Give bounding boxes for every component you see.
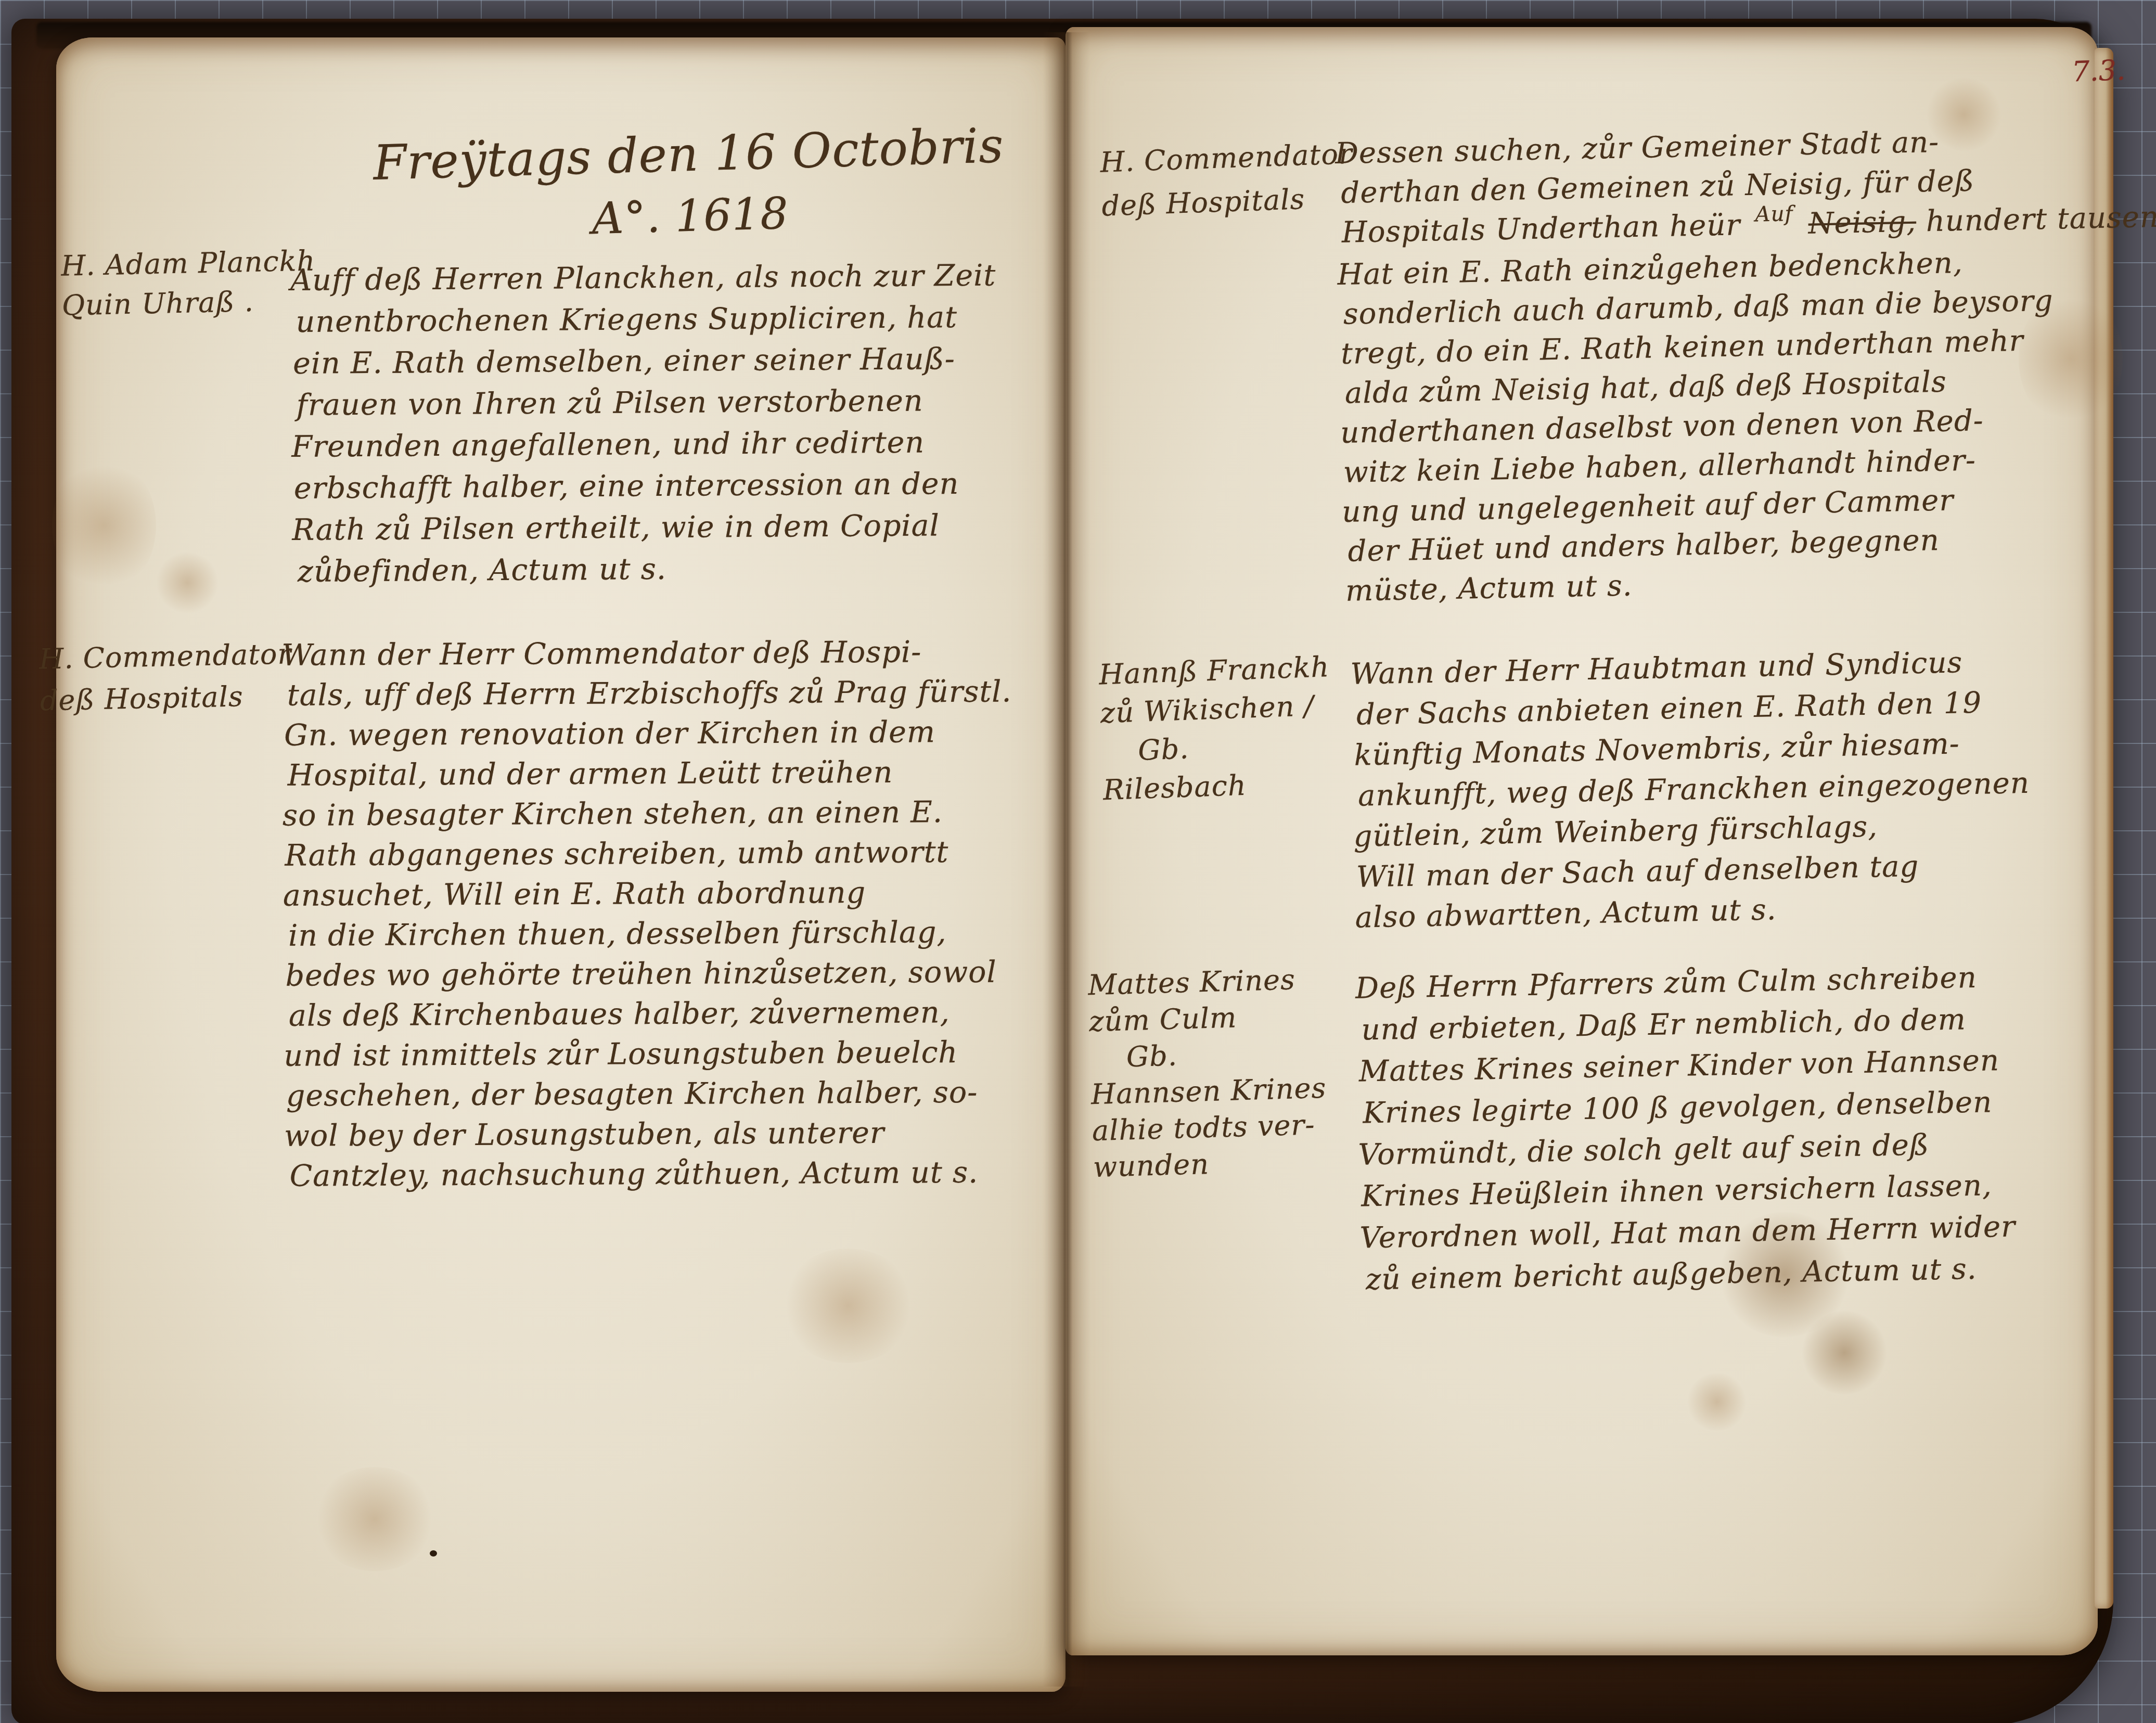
text-line: wol bey der Losungstuben, als unterer xyxy=(284,1112,1044,1156)
text-line: bedes wo gehörte treühen hinzůsetzen, so… xyxy=(285,952,1043,996)
text-line: Auff deß Herren Planckhen, als noch zur … xyxy=(290,254,1035,301)
text-line: ansuchet, Will ein E. Rath abordnung xyxy=(283,872,1043,916)
text-line: Hospital, und der armen Leütt treühen xyxy=(287,752,1042,796)
text-line: und ist inmittels zůr Losungstuben beuel… xyxy=(284,1032,1043,1076)
text-segment: Hospitals Underthan heür xyxy=(1341,208,1740,250)
paragraph: Auff deß Herren Planckhen, als noch zur … xyxy=(290,254,1036,593)
text-line: unentbrochenen Kriegens Suppliciren, hat xyxy=(296,296,1035,343)
text-line: frauen von Ihren zů Pilsen verstorbenen xyxy=(296,379,1035,426)
text-line: so in besagter Kirchen stehen, an einen … xyxy=(283,792,1042,836)
text-line: zůbefinden, Actum ut s. xyxy=(298,546,1037,593)
paragraph: Wann der Herr Commendator deß Hospi-tals… xyxy=(281,632,1044,1197)
margin-note: Mattes Krineszům CulmGb.Hannsen Krinesal… xyxy=(1087,960,1364,1186)
text-line: Gb. xyxy=(1137,724,1352,770)
margin-note: Hannß Franckhzů Wikischen /Gb.Rilesbach xyxy=(1098,647,1353,810)
text-line: in die Kirchen thuen, desselben fürschla… xyxy=(288,912,1043,956)
text-line: deß Hospitals xyxy=(40,675,311,722)
text-line: erbschafft halber, eine intercession an … xyxy=(294,462,1036,509)
manuscript-photo: 7.3. Freÿtags den 16 OctobrisA°. 1618 H.… xyxy=(0,0,2156,1723)
paragraph: Wann der Herr Haubtman und Syndicusder S… xyxy=(1350,640,2104,938)
struck-word: Neisig, xyxy=(1808,205,1917,241)
text-line: ein E. Rath demselben, einer seiner Hauß… xyxy=(293,338,1035,384)
date-heading: Freÿtags den 16 OctobrisA°. 1618 xyxy=(357,114,1021,255)
folio-number: 7.3. xyxy=(2071,53,2145,88)
text-line: als deß Kirchenbaues halber, zůvernemen, xyxy=(289,992,1043,1036)
text-line: Hannsen Krines xyxy=(1090,1069,1362,1113)
text-line: Gn. wegen renovation der Kirchen in dem xyxy=(284,712,1042,756)
inserted-word: Auf xyxy=(1755,201,1793,226)
margin-note: H. Commendatordeß Hospitals xyxy=(1099,132,1363,228)
text-segment: hundert tausen xyxy=(1926,200,2156,239)
ink-dot xyxy=(430,1550,437,1557)
text-line: Freunden angefallenen, und ihr cedirten xyxy=(291,421,1036,468)
text-line: H. Commendator xyxy=(1099,132,1361,184)
text-line: Rath zů Pilsen ertheilt, wie in dem Copi… xyxy=(292,504,1036,551)
margin-note: H. Commendatordeß Hospitals xyxy=(38,633,311,722)
text-line: deß Hospitals xyxy=(1101,175,1363,228)
text-line: geschehen, der besagten Kirchen halber, … xyxy=(286,1072,1044,1116)
text-line: Gb. xyxy=(1126,1033,1361,1076)
paragraph: Deß Herrn Pfarrers zům Culm schreibenund… xyxy=(1355,955,2115,1301)
text-line: wunden xyxy=(1093,1142,1364,1186)
text-line: tals, uff deß Herrn Erzbischoffs zů Prag… xyxy=(287,672,1042,716)
paragraph: Dessen suchen, zůr Gemeiner Stadt an-der… xyxy=(1334,120,2103,611)
text-line: Wann der Herr Commendator deß Hospi- xyxy=(281,632,1041,676)
page-gutter xyxy=(1043,32,1090,1687)
text-line: Rath abgangenes schreiben, umb antwortt xyxy=(285,832,1042,876)
text-line: H. Commendator xyxy=(38,633,310,680)
text-line: Cantzley, nachsuchung zůthuen, Actum ut … xyxy=(289,1152,1044,1197)
